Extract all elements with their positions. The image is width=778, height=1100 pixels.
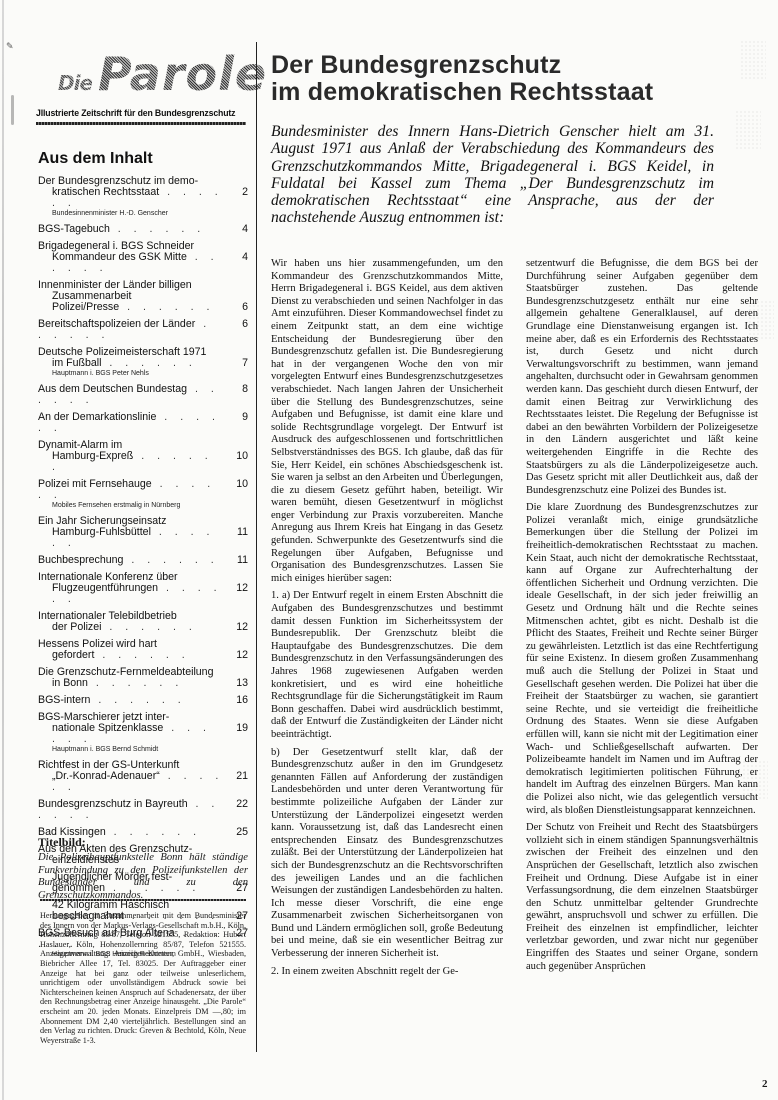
paragraph: 1. a) Der Entwurf regelt in einem Ersten… (271, 590, 503, 741)
headline-line-2: im demokratischen Rechtsstaat (271, 79, 771, 106)
toc-leader-dots: . . . . . . (94, 649, 189, 661)
toc-leader-dots: . . . . . . (52, 186, 223, 209)
toc-page-number: 12 (236, 622, 248, 633)
toc-entry: Dynamit-Alarm imHamburg-Expreß . . . . .… (38, 440, 248, 473)
toc-leader-dots: . . . . . . (90, 694, 185, 706)
paragraph: 2. In einem zweiten Abschnitt regelt der… (271, 966, 503, 979)
toc-entry-author: Bundesinnenminister H.-D. Genscher (38, 210, 248, 218)
toc-entry-title: in Bonn . . . . . . (38, 678, 248, 689)
toc-entry: Aus dem Deutschen Bundestag . . . . . .8 (38, 384, 248, 406)
toc-entry: Richtfest in der GS-Unterkunft„Dr.-Konra… (38, 760, 248, 793)
paragraph: setzentwurf die Befugnisse, die dem BGS … (526, 258, 758, 497)
toc-page-number: 22 (236, 799, 248, 810)
toc-page-number: 4 (242, 252, 248, 263)
cover-caption: Titelbild: Die Polizeihauptfunkstelle Bo… (38, 835, 248, 902)
toc-leader-dots: . . . . . . (52, 770, 223, 793)
toc-page-number: 7 (242, 358, 248, 369)
toc-page-number: 6 (242, 302, 248, 313)
toc-page-number: 21 (236, 771, 248, 782)
article-column-1: Wir haben uns hier zusammengefunden, um … (271, 258, 503, 983)
toc-leader-dots: . . . . . . (88, 677, 183, 689)
toc-entry-title: „Dr.-Konrad-Adenauer“ . . . . . . (38, 771, 248, 793)
edge-mark: ✎ (6, 42, 14, 52)
logo: Die Parole (36, 55, 246, 101)
toc-entry: Hessens Polizei wird hartgefordert . . .… (38, 639, 248, 661)
toc-entry-title: Polizei mit Fernsehauge . . . . . . (38, 479, 248, 501)
toc-page-number: 13 (236, 678, 248, 689)
column-divider (256, 42, 257, 1052)
article-lead: Bundesminister des Innern Hans-Dietrich … (271, 123, 714, 227)
toc-entry: Deutsche Polizeimeisterschaft 1971im Fuß… (38, 347, 248, 378)
toc-entry-title: An der Demarkationslinie . . . . . . (38, 412, 248, 434)
scan-speckle (735, 110, 761, 150)
edge-smudge (11, 95, 14, 125)
toc-entry-title: Hamburg-Fuhlsbüttel . . . . . . (38, 527, 248, 549)
toc-page-number: 10 (236, 451, 248, 462)
toc-entry-title: BGS-Tagebuch . . . . . . (38, 224, 248, 235)
toc-page-number: 8 (242, 384, 248, 395)
toc-leader-dots: . . . . . . (38, 411, 220, 434)
toc-entry-title: Bundesgrenzschutz in Bayreuth . . . . . … (38, 799, 248, 821)
toc-entry: BGS-intern . . . . . .16 (38, 695, 248, 706)
toc-entry-title: nationale Spitzenklasse . . . . . . (38, 723, 248, 745)
toc-entry: Internationale Konferenz überFlugzeugent… (38, 572, 248, 605)
toc-entry-title: im Fußball . . . . . . (38, 358, 248, 369)
toc-leader-dots: . . . . . . (38, 798, 219, 821)
toc-entry: An der Demarkationslinie . . . . . .9 (38, 412, 248, 434)
toc-leader-dots: . . . . . . (52, 251, 219, 274)
toc-entry-author: Mobiles Fernsehen erstmalig in Nürnberg (38, 502, 248, 510)
tagline: Jllustrierte Zeitschrift für den Bundesg… (36, 107, 231, 118)
impressum: Herausgegeben in Zusammenarbeit mit dem … (40, 911, 246, 1045)
toc-entry-title: Hamburg-Expreß . . . . . . (38, 451, 248, 473)
toc-entry-title: der Polizei . . . . . . (38, 622, 248, 633)
masthead-rule (36, 122, 246, 125)
article-headline: Der Bundesgrenzschutz im demokratischen … (271, 52, 771, 106)
page-number: 2 (762, 1078, 768, 1090)
cover-caption-text: Die Polizeihauptfunkstelle Bonn hält stä… (38, 852, 248, 902)
toc-leader-dots: . . . . . . (52, 450, 213, 473)
toc-page-number: 16 (236, 695, 248, 706)
toc-leader-dots: . . . . . . (52, 582, 222, 605)
toc-leader-dots: . . . . . . (38, 318, 211, 341)
logo-parole: Parole (98, 51, 267, 97)
toc-leader-dots: . . . . . . (123, 554, 218, 566)
toc-entry: Polizei mit Fernsehauge . . . . . .10Mob… (38, 479, 248, 510)
toc-entry: Buchbesprechung . . . . . .11 (38, 555, 248, 566)
toc-entry-title: gefordert . . . . . . (38, 650, 248, 661)
toc-page-number: 12 (236, 583, 248, 594)
toc-page-number: 19 (236, 723, 248, 734)
toc-leader-dots: . . . . . . (119, 301, 214, 313)
toc-entry-title: Polizei/Presse . . . . . . (38, 302, 248, 313)
toc-leader-dots: . . . . . . (38, 478, 215, 501)
toc-entry: BGS-Tagebuch . . . . . .4 (38, 224, 248, 235)
toc-entry: BGS-Marschierer jetzt inter-nationale Sp… (38, 712, 248, 754)
paragraph: Die klare Zuordnung des Bundesgrenzschut… (526, 502, 758, 817)
masthead: Die Parole Jllustrierte Zeitschrift für … (36, 55, 246, 125)
toc-entry-title: Buchbesprechung . . . . . . (38, 555, 248, 566)
toc-page-number: 6 (242, 319, 248, 330)
toc-entry-title: Bereitschaftspolizeien der Länder . . . … (38, 319, 248, 341)
toc-entry-title: Aus dem Deutschen Bundestag . . . . . . (38, 384, 248, 406)
headline-line-1: Der Bundesgrenzschutz (271, 52, 771, 79)
toc-page-number: 4 (242, 224, 248, 235)
toc-leader-dots: . . . . . . (101, 621, 196, 633)
toc-entry-title: Flugzeugentführungen . . . . . . (38, 583, 248, 605)
toc-leader-dots: . . . . . . (110, 223, 205, 235)
toc-page-number: 11 (237, 555, 248, 566)
toc-entry: Der Bundesgrenzschutz im demo-kratischen… (38, 176, 248, 218)
toc-entry: Bereitschaftspolizeien der Länder . . . … (38, 319, 248, 341)
toc-entry-title: kratischen Rechtsstaat . . . . . . (38, 187, 248, 209)
toc-entry: Internationaler Telebildbetriebder Poliz… (38, 611, 248, 633)
toc-leader-dots: . . . . . . (52, 722, 211, 745)
toc-page-number: 10 (236, 479, 248, 490)
toc-leader-dots: . . . . . . (101, 357, 196, 369)
paragraph: Der Schutz von Freiheit und Recht des St… (526, 822, 758, 973)
article-column-2: setzentwurf die Befugnisse, die dem BGS … (526, 258, 758, 978)
toc-entry-author: Hauptmann i. BGS Bernd Schmidt (38, 746, 248, 754)
toc-entry: Ein Jahr SicherungseinsatzHamburg-Fuhlsb… (38, 516, 248, 549)
toc-heading: Aus dem Inhalt (38, 150, 248, 168)
logo-die: Die (58, 71, 92, 95)
toc-entry-title: BGS-intern . . . . . . (38, 695, 248, 706)
toc-leader-dots: . . . . . . (52, 526, 214, 549)
toc-page-number: 2 (242, 187, 248, 198)
impressum-rule (40, 899, 246, 901)
toc-entry: Brigadegeneral i. BGS SchneiderKommandeu… (38, 241, 248, 274)
page-edge (2, 0, 4, 1100)
toc-page-number: 11 (237, 527, 248, 538)
toc-entry-author: Hauptmann i. BGS Peter Nehls (38, 370, 248, 378)
toc-entry: Innenminister der Länder billigenZusamme… (38, 280, 248, 313)
toc-page-number: 12 (236, 650, 248, 661)
cover-caption-heading: Titelbild: (38, 835, 248, 850)
paragraph: b) Der Gesetzentwurf stellt klar, daß de… (271, 747, 503, 961)
toc-page-number: 9 (242, 412, 248, 423)
toc-entry: Die Grenzschutz-Fernmeldeabteilungin Bon… (38, 667, 248, 689)
paragraph: Wir haben uns hier zusammengefunden, um … (271, 258, 503, 585)
toc-leader-dots: . . . . . . (38, 383, 219, 406)
toc-entry: Bundesgrenzschutz in Bayreuth . . . . . … (38, 799, 248, 821)
toc-entry-title: Kommandeur des GSK Mitte . . . . . . (38, 252, 248, 274)
